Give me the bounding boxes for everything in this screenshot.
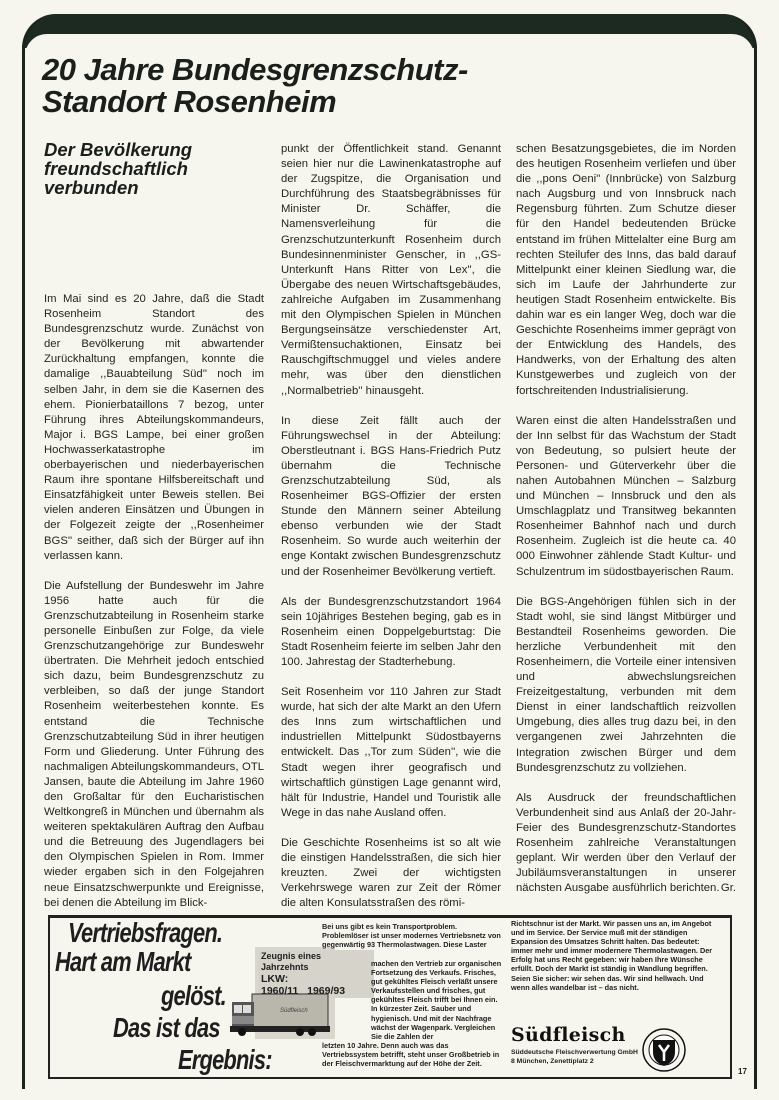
ad-slogan-line: Das ist das [113, 1012, 220, 1044]
brand-logo-text: Südfleisch [511, 1024, 626, 1046]
article-subheading: Der Bevölkerung freundschaftlich verbund… [44, 140, 264, 197]
page-number: 17 [738, 1067, 747, 1076]
paragraph: Die Geschichte Rosenheims ist so alt wie… [281, 836, 501, 911]
article-title: 20 Jahre Bundesgrenzschutz- Standort Ros… [42, 54, 742, 118]
paragraph-last: Als Ausdruck der freundschaftlichen Verb… [516, 791, 736, 897]
paragraph: In diese Zeit fällt auch der Führungswec… [281, 414, 501, 580]
ad-slogan-line: Ergebnis: [178, 1044, 272, 1076]
paragraph: Im Mai sind es 20 Jahre, daß die Stadt R… [44, 292, 264, 564]
subhead-line2: freundschaftlich [44, 158, 188, 179]
svg-text:Südfleisch: Südfleisch [280, 1008, 308, 1014]
subhead-line1: Der Bevölkerung [44, 139, 192, 160]
article-title-line2: Standort Rosenheim [42, 84, 336, 119]
paragraph: Waren einst die alten Handelsstraßen und… [516, 414, 736, 580]
paragraph: Seit Rosenheim vor 110 Jahren zur Stadt … [281, 685, 501, 821]
ad-slogan-line: Vertriebsfragen. [68, 917, 222, 949]
ad-slogan-line: Hart am Markt [55, 946, 191, 978]
paragraph-text: Als Ausdruck der freundschaftlichen Verb… [516, 792, 736, 895]
ad-body-text: letzten 10 Jahre. Denn auch was das Vert… [322, 1041, 502, 1068]
brand-company: Süddeutsche Fleischverwertung GmbH [511, 1048, 638, 1057]
paragraph: schen Besatzungsgebietes, die im Norden … [516, 142, 736, 399]
subhead-line3: verbunden [44, 177, 139, 198]
ad-body-text: machen den Vertrieb zur organischen Fort… [371, 959, 503, 1041]
brand-address: Süddeutsche Fleischverwertung GmbH 8 Mün… [511, 1048, 638, 1066]
article-column-1: Im Mai sind es 20 Jahre, daß die Stadt R… [44, 292, 264, 911]
brand-street: 8 München, Zenettiplatz 2 [511, 1057, 638, 1066]
ad-body-text: Bei uns gibt es kein Transportproblem. P… [322, 922, 502, 949]
paragraph: punkt der Öffentlichkeit stand. Genannt … [281, 142, 501, 399]
paragraph: Die BGS-Angehörigen fühlen sich in der S… [516, 595, 736, 776]
paragraph: Als der Bundesgrenzschutzstandort 1964 s… [281, 595, 501, 670]
paragraph: Die Aufstellung der Bundeswehr im Jahre … [44, 579, 264, 911]
advertisement-border [730, 915, 732, 1079]
author-signature: Gr. [721, 881, 736, 896]
caption-lkw: LKW: [261, 973, 371, 985]
seal-logo-icon [642, 1028, 686, 1072]
caption-title: Zeugnis eines Jahrzehnts [261, 951, 371, 973]
truck-icon: Südfleisch [230, 990, 330, 1038]
article-title-line1: 20 Jahre Bundesgrenzschutz- [42, 52, 468, 87]
ad-slogan-line: gelöst. [161, 980, 226, 1012]
article-column-2: punkt der Öffentlichkeit stand. Genannt … [281, 142, 501, 911]
ad-body-text: Richtschnur ist der Markt. Wir passen un… [511, 919, 716, 992]
article-column-3: schen Besatzungsgebietes, die im Norden … [516, 142, 736, 896]
